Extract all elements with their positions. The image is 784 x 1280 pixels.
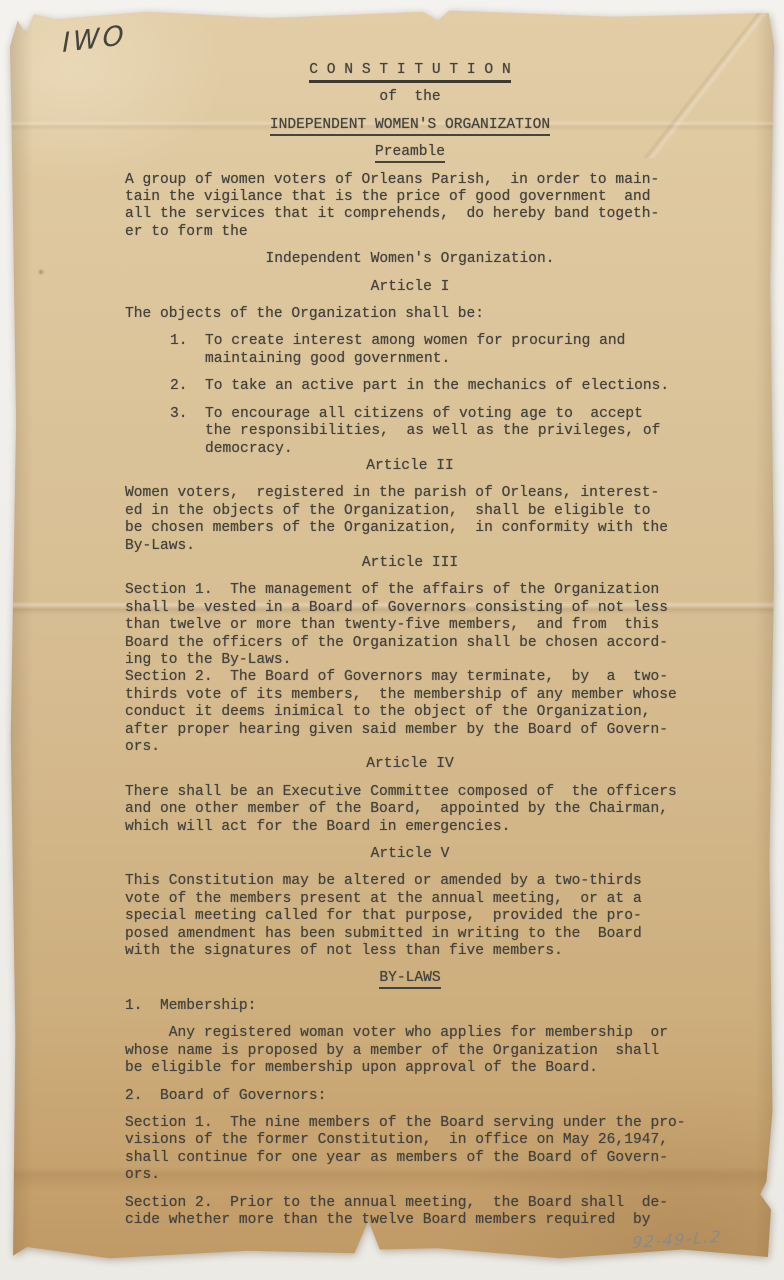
doc-title: C O N S T I T U T I O N bbox=[125, 62, 695, 79]
objective-3: 3. To encourage all citizens of voting a… bbox=[170, 406, 738, 458]
preamble-heading-text: Preamble bbox=[375, 144, 445, 163]
preamble-heading: Preamble bbox=[125, 144, 695, 161]
org-name-heading: INDEPENDENT WOMEN'S ORGANIZATION bbox=[125, 117, 695, 134]
article-4-paragraph: There shall be an Executive Committee co… bbox=[125, 784, 738, 836]
article-3-section-1: Section 1. The management of the affairs… bbox=[125, 582, 738, 669]
scan-background: IWO C O N S T I T U T I O Nof theINDEPEN… bbox=[0, 0, 784, 1280]
org-name-line: Independent Women's Organization. bbox=[125, 251, 695, 268]
bylaws-membership-paragraph: Any registered woman voter who applies f… bbox=[125, 1025, 738, 1077]
bylaws-heading-text: BY-LAWS bbox=[379, 970, 440, 989]
article-1-heading: Article I bbox=[125, 279, 695, 296]
bylaws-governors-section-1: Section 1. The nine members of the Board… bbox=[125, 1115, 738, 1185]
bylaws-governors-heading: 2. Board of Governors: bbox=[125, 1088, 738, 1105]
article-3-section-2: Section 2. The Board of Governors may te… bbox=[125, 669, 738, 756]
bylaws-governors-section-2: Section 2. Prior to the annual meeting, … bbox=[125, 1195, 738, 1230]
doc-subtitle: of the bbox=[125, 89, 695, 106]
bylaws-membership-heading: 1. Membership: bbox=[125, 998, 738, 1015]
objective-2: 2. To take an active part in the mechani… bbox=[170, 378, 738, 395]
document-content: C O N S T I T U T I O Nof theINDEPENDENT… bbox=[10, 8, 774, 1229]
preamble-paragraph: A group of women voters of Orleans Paris… bbox=[125, 172, 738, 242]
doc-title-text: C O N S T I T U T I O N bbox=[309, 62, 510, 83]
article-2-paragraph: Women voters, registered in the parish o… bbox=[125, 485, 738, 555]
catalog-number-annotation: 92-49-L.2 bbox=[631, 1227, 722, 1252]
paper-sheet: IWO C O N S T I T U T I O Nof theINDEPEN… bbox=[10, 8, 774, 1262]
article-5-heading: Article V bbox=[125, 846, 695, 863]
paper-surface: IWO C O N S T I T U T I O Nof theINDEPEN… bbox=[10, 8, 774, 1262]
article-2-heading: Article II bbox=[125, 458, 695, 475]
article-3-heading: Article III bbox=[125, 555, 695, 572]
article-1-intro: The objects of the Organization shall be… bbox=[125, 306, 738, 323]
article-5-paragraph: This Constitution may be altered or amen… bbox=[125, 873, 738, 960]
org-name-heading-text: INDEPENDENT WOMEN'S ORGANIZATION bbox=[270, 117, 550, 136]
bylaws-heading: BY-LAWS bbox=[125, 970, 695, 987]
article-4-heading: Article IV bbox=[125, 756, 695, 773]
objective-1: 1. To create interest among women for pr… bbox=[170, 333, 738, 368]
